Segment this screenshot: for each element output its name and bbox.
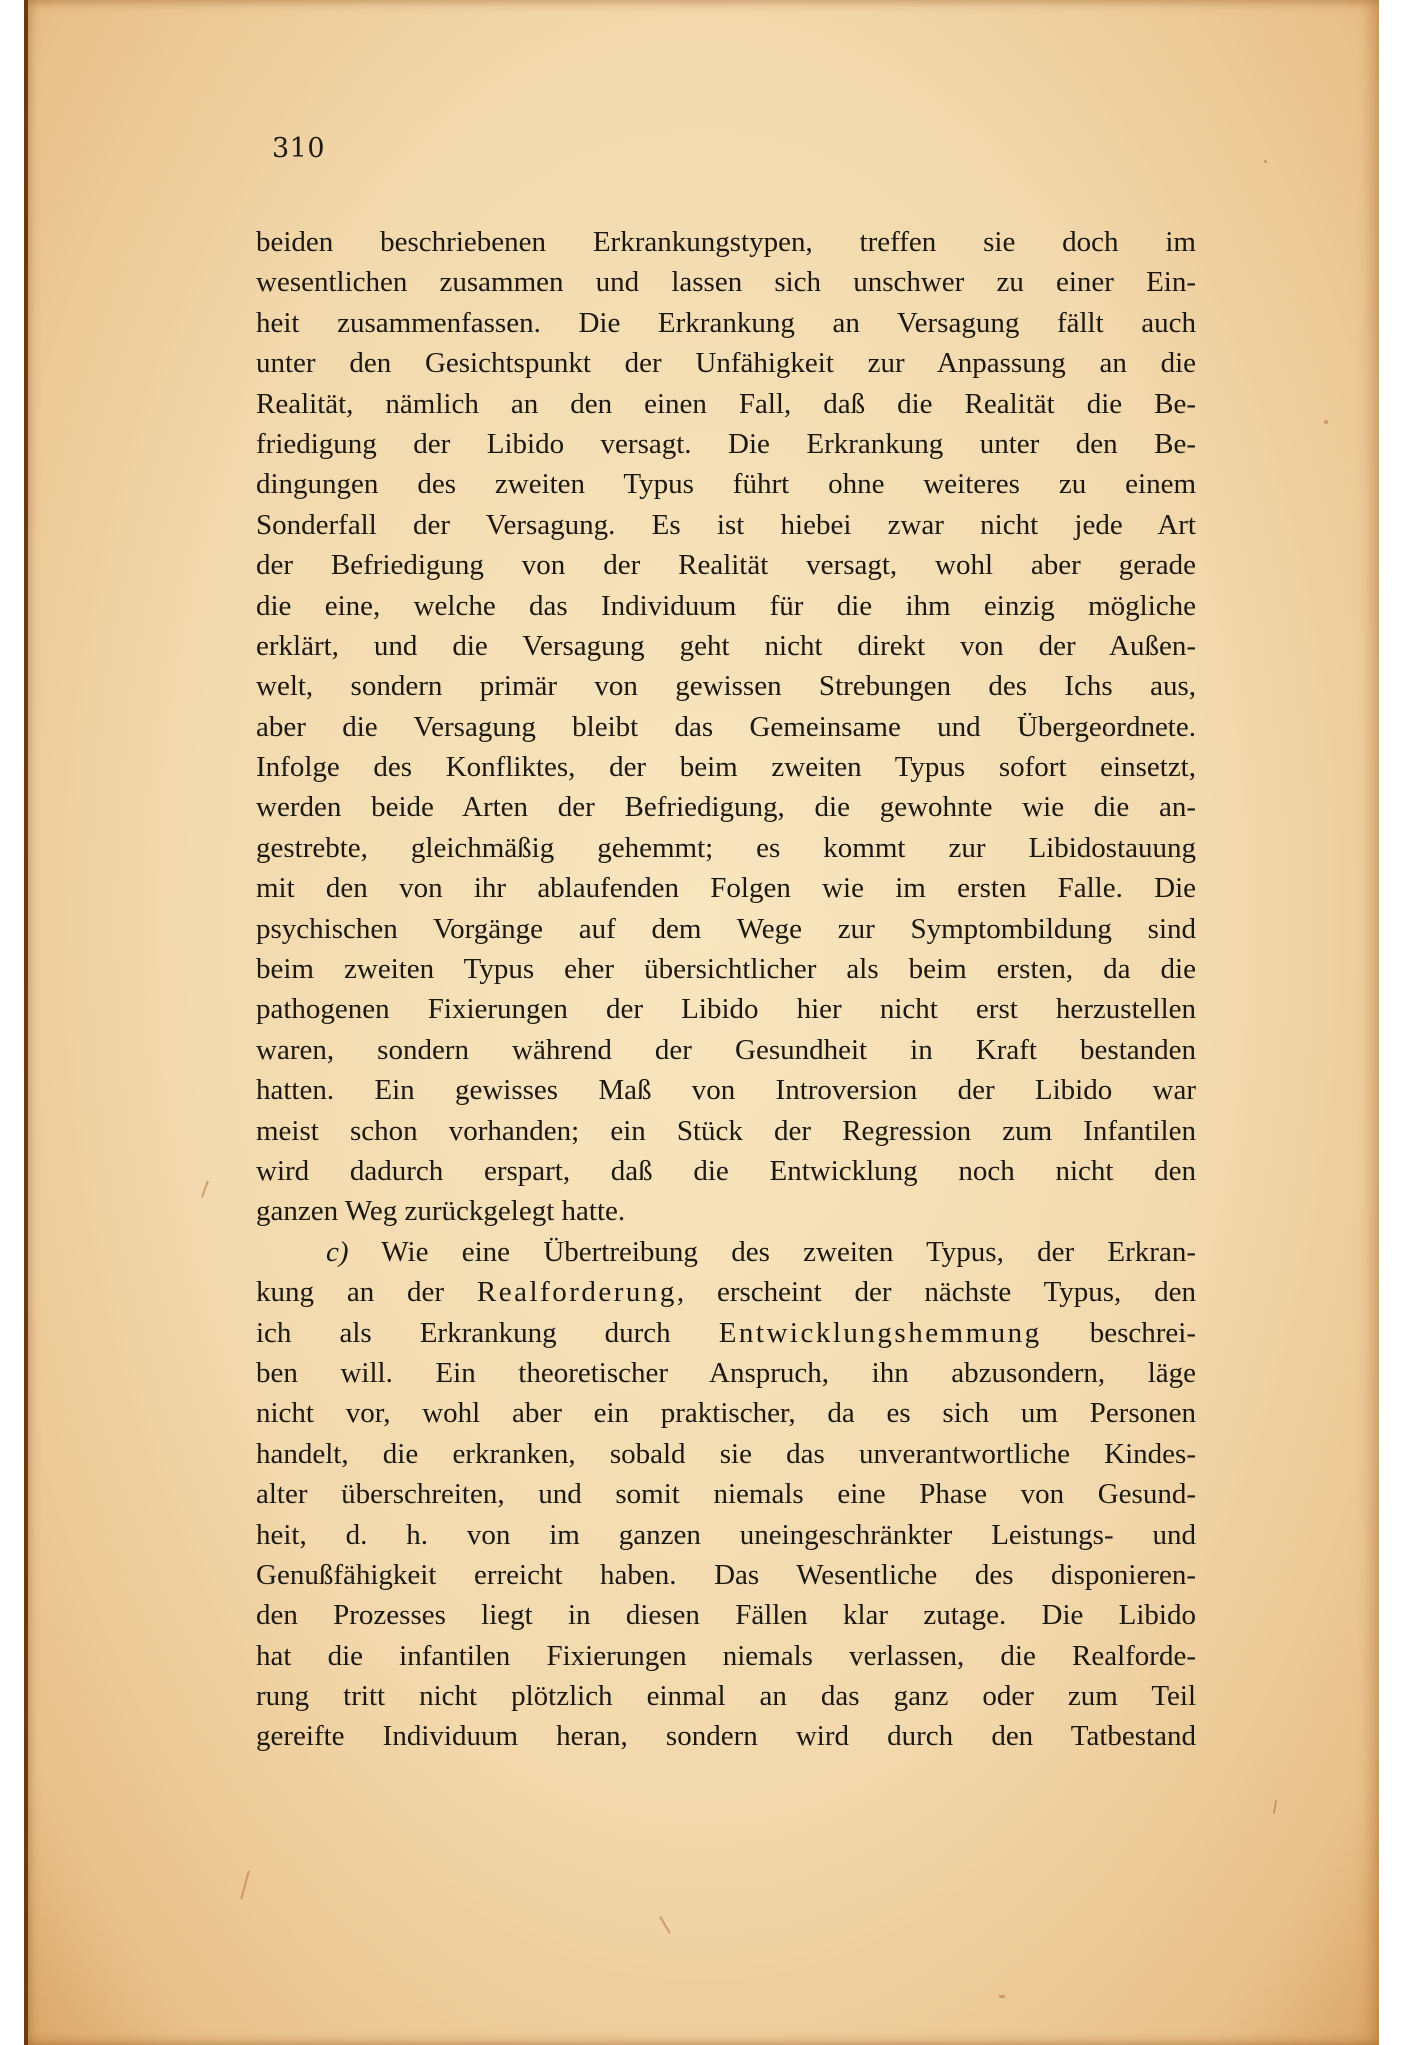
- text-line: heit zusammenfassen. Die Erkrankung an V…: [256, 303, 1196, 343]
- text-line: ganzen Weg zurückgelegt hatte.: [256, 1191, 1196, 1231]
- text-line: gereifte Individuum heran, sondern wird …: [256, 1716, 1196, 1756]
- text-line: mit den von ihr ablaufenden Folgen wie i…: [256, 868, 1196, 908]
- text-line: handelt, die erkranken, sobald sie das u…: [256, 1434, 1196, 1474]
- text-line: Sonderfall der Versagung. Es ist hiebei …: [256, 505, 1196, 545]
- text-line: welt, sondern primär von gewissen Strebu…: [256, 666, 1196, 706]
- text-fragment: Wie eine Übertreibung des zweiten Typus,…: [349, 1236, 1196, 1268]
- paragraph-c-first-line: c) Wie eine Übertreibung des zweiten Typ…: [256, 1232, 1196, 1272]
- text-line: gestrebte, gleichmäßig gehemmt; es kommt…: [256, 828, 1196, 868]
- paper-speck: [240, 1870, 250, 1899]
- text-line: die eine, welche das Individuum für die …: [256, 586, 1196, 626]
- paper-speck: [659, 1916, 671, 1934]
- text-line: dingungen des zweiten Typus führt ohne w…: [256, 464, 1196, 504]
- text-fragment: beschrei-: [1042, 1317, 1196, 1349]
- text-line: rung tritt nicht plötzlich einmal an das…: [256, 1676, 1196, 1716]
- text-line: wird dadurch erspart, daß die Entwicklun…: [256, 1151, 1196, 1191]
- text-fragment: ich als Erkrankung durch: [256, 1317, 719, 1349]
- text-line: der Befriedigung von der Realität versag…: [256, 545, 1196, 585]
- text-line: hat die infantilen Fixierungen niemals v…: [256, 1636, 1196, 1676]
- text-line: Infolge des Konfliktes, der beim zweiten…: [256, 747, 1196, 787]
- text-fragment: kung an der: [256, 1276, 477, 1308]
- text-line: heit, d. h. von im ganzen uneingeschränk…: [256, 1515, 1196, 1555]
- paper-speck: [1324, 420, 1328, 424]
- paragraph-marker: c): [326, 1236, 349, 1268]
- text-line: psychischen Vorgänge auf dem Wege zur Sy…: [256, 909, 1196, 949]
- paper-speck: [1264, 160, 1267, 163]
- text-line: unter den Gesichtspunkt der Unfähigkeit …: [256, 343, 1196, 383]
- text-line: hatten. Ein gewisses Maß von Introversio…: [256, 1070, 1196, 1110]
- text-line: Genußfähigkeit erreicht haben. Das Wesen…: [256, 1555, 1196, 1595]
- emphasized-term: Realforderung: [477, 1276, 677, 1308]
- text-line: werden beide Arten der Befriedigung, die…: [256, 787, 1196, 827]
- text-line: nicht vor, wohl aber ein praktischer, da…: [256, 1393, 1196, 1433]
- text-line: friedigung der Libido versagt. Die Erkra…: [256, 424, 1196, 464]
- text-line: ich als Erkrankung durch Entwicklungshem…: [256, 1313, 1196, 1353]
- text-line: waren, sondern während der Gesundheit in…: [256, 1030, 1196, 1070]
- text-line: meist schon vorhanden; ein Stück der Reg…: [256, 1111, 1196, 1151]
- paper-speck: [201, 1180, 209, 1198]
- paper-speck: [999, 1995, 1005, 1998]
- text-line: beiden beschriebenen Erkrankungstypen, t…: [256, 222, 1196, 262]
- text-line: erklärt, und die Versagung geht nicht di…: [256, 626, 1196, 666]
- text-line: wesentlichen zusammen und lassen sich un…: [256, 262, 1196, 302]
- text-line: kung an der Realforderung, erscheint der…: [256, 1272, 1196, 1312]
- emphasized-term: Entwicklungshemmung: [719, 1317, 1042, 1349]
- text-line: ben will. Ein theoretischer Anspruch, ih…: [256, 1353, 1196, 1393]
- text-line: Realität, nämlich an den einen Fall, daß…: [256, 384, 1196, 424]
- text-line: beim zweiten Typus eher übersichtlicher …: [256, 949, 1196, 989]
- text-line: pathogenen Fixierungen der Libido hier n…: [256, 989, 1196, 1029]
- text-line: aber die Versagung bleibt das Gemeinsame…: [256, 707, 1196, 747]
- text-line: den Prozesses liegt in diesen Fällen kla…: [256, 1595, 1196, 1635]
- paper-speck: [1273, 1800, 1277, 1814]
- text-fragment: , erscheint der nächste Typus, den: [677, 1276, 1196, 1308]
- text-line: alter überschreiten, und somit niemals e…: [256, 1474, 1196, 1514]
- body-text: beiden beschriebenen Erkrankungstypen, t…: [256, 222, 1196, 1757]
- page-number: 310: [272, 133, 325, 164]
